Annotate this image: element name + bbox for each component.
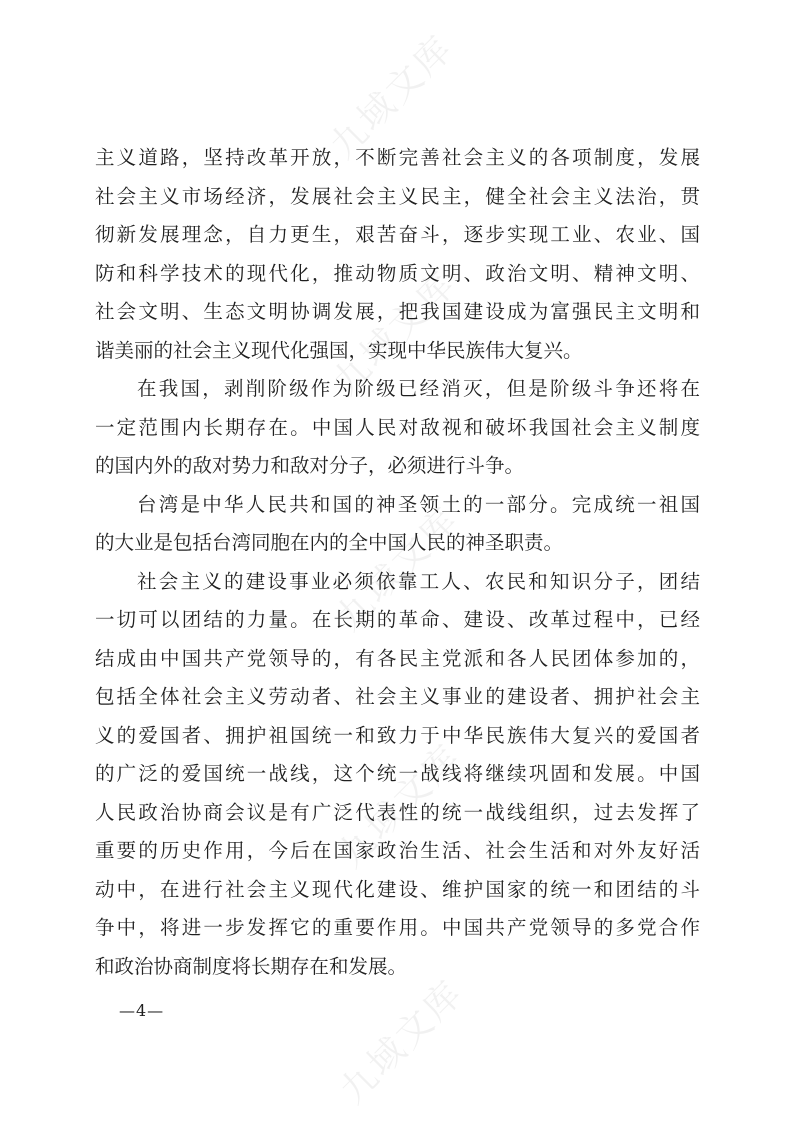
text-line: 在我国，剥削阶级作为阶级已经消灭，但是阶级斗争还将在 — [95, 370, 700, 409]
paragraph-united-front: 社会主义的建设事业必须依靠工人、农民和知识分子，团结 一切可以团结的力量。在长期… — [95, 563, 700, 987]
text-line: 结成由中国共产党领导的，有各民主党派和各人民团体参加的， — [95, 640, 700, 679]
document-body: 主义道路，坚持改革开放，不断完善社会主义的各项制度，发展 社会主义市场经济，发展… — [95, 139, 700, 986]
text-line: 包括全体社会主义劳动者、社会主义事业的建设者、拥护社会主 — [95, 678, 700, 717]
text-line: 社会主义的建设事业必须依靠工人、农民和知识分子，团结 — [95, 563, 700, 602]
text-line: 争中，将进一步发挥它的重要作用。中国共产党领导的多党合作 — [95, 909, 700, 948]
text-line: 义的爱国者、拥护祖国统一和致力于中华民族伟大复兴的爱国者 — [95, 717, 700, 756]
text-line: 谐美丽的社会主义现代化强国，实现中华民族伟大复兴。 — [95, 332, 700, 371]
text-line: 重要的历史作用，今后在国家政治生活、社会生活和对外友好活 — [95, 832, 700, 871]
paragraph-class-struggle: 在我国，剥削阶级作为阶级已经消灭，但是阶级斗争还将在 一定范围内长期存在。中国人… — [95, 370, 700, 486]
paragraph-taiwan: 台湾是中华人民共和国的神圣领土的一部分。完成统一祖国 的大业是包括台湾同胞在内的… — [95, 486, 700, 563]
text-line: 社会主义市场经济，发展社会主义民主，健全社会主义法治，贯 — [95, 178, 700, 217]
text-line: 社会文明、生态文明协调发展，把我国建设成为富强民主文明和 — [95, 293, 700, 332]
text-line: 的大业是包括台湾同胞在内的全中国人民的神圣职责。 — [95, 524, 700, 563]
text-line: 和政治协商制度将长期存在和发展。 — [95, 948, 700, 987]
text-line: 动中，在进行社会主义现代化建设、维护国家的统一和团结的斗 — [95, 871, 700, 910]
text-line: 彻新发展理念，自力更生，艰苦奋斗，逐步实现工业、农业、国 — [95, 216, 700, 255]
text-line: 防和科学技术的现代化，推动物质文明、政治文明、精神文明、 — [95, 255, 700, 294]
text-line: 台湾是中华人民共和国的神圣领土的一部分。完成统一祖国 — [95, 486, 700, 525]
text-line: 一切可以团结的力量。在长期的革命、建设、改革过程中，已经 — [95, 601, 700, 640]
page-number: —4— — [119, 1001, 164, 1021]
text-line: 的广泛的爱国统一战线，这个统一战线将继续巩固和发展。中国 — [95, 755, 700, 794]
watermark-text: 九域文库 — [327, 967, 473, 1113]
document-page: 九域文库 九域文库 九域文库 九域文库 九域文库 主义道路，坚持改革开放，不断完… — [0, 0, 793, 1122]
text-line: 的国内外的敌对势力和敌对分子，必须进行斗争。 — [95, 447, 700, 486]
text-line: 一定范围内长期存在。中国人民对敌视和破坏我国社会主义制度 — [95, 409, 700, 448]
paragraph-continuation: 主义道路，坚持改革开放，不断完善社会主义的各项制度，发展 社会主义市场经济，发展… — [95, 139, 700, 370]
text-line: 主义道路，坚持改革开放，不断完善社会主义的各项制度，发展 — [95, 139, 700, 178]
text-line: 人民政治协商会议是有广泛代表性的统一战线组织，过去发挥了 — [95, 794, 700, 833]
